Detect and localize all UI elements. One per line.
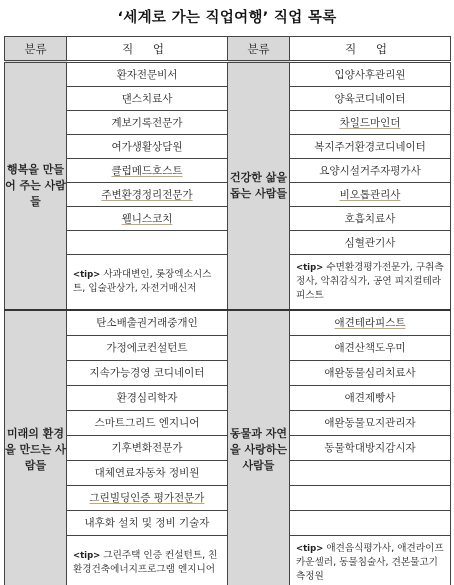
job-cell: 애견테라피스트 bbox=[290, 310, 451, 336]
tip-label: <tip> bbox=[73, 551, 100, 561]
job-cell: 기후변화전문가 bbox=[67, 435, 228, 460]
header-row: 분류 직 업 분류 직 업 bbox=[5, 37, 451, 62]
category-cell: 건강한 삶을 돕는 사람들 bbox=[228, 62, 290, 310]
job-cell: 웰니스코치 bbox=[67, 207, 228, 231]
tip-label: <tip> bbox=[296, 263, 323, 273]
category-cell: 동물과 자연을 사랑하는 사람들 bbox=[228, 310, 290, 585]
header-job-right: 직 업 bbox=[290, 37, 451, 62]
tip-label: <tip> bbox=[296, 544, 323, 554]
table-row: 미래의 환경을 만드는 사람들 탄소배출권거래중개인 동물과 자연을 사랑하는 … bbox=[5, 310, 451, 336]
job-cell: 입양사후관리원 bbox=[290, 62, 451, 87]
tip-cell: <tip>애견음식평가사, 애견라이프카운셀러, 동물침술사, 견본물고기측정원 bbox=[290, 535, 451, 585]
job-cell: 가정에코컨설턴트 bbox=[67, 335, 228, 360]
job-cell bbox=[290, 510, 451, 535]
job-cell: 환자전문비서 bbox=[67, 62, 228, 87]
category-cell: 미래의 환경을 만드는 사람들 bbox=[5, 310, 67, 585]
tip-cell: <tip>수면환경평가전문가, 구취측정사, 악취감식가, 공연 피지컬테라피스… bbox=[290, 255, 451, 310]
job-list-table: 분류 직 업 분류 직 업 행복을 만들어 주는 사람들 환자전문비서 건강한 … bbox=[4, 36, 451, 585]
job-cell: 스마트그리드 엔지니어 bbox=[67, 410, 228, 435]
tip-label: <tip> bbox=[73, 270, 100, 280]
job-cell: 심혈관기사 bbox=[290, 231, 451, 255]
job-cell: 요양시설거주자평가사 bbox=[290, 159, 451, 183]
job-cell: 탄소배출권거래중개인 bbox=[67, 310, 228, 336]
job-cell: 주변환경정리전문가 bbox=[67, 183, 228, 207]
job-cell: 복지주거환경코디네이터 bbox=[290, 135, 451, 159]
job-cell: 차일드마인더 bbox=[290, 111, 451, 135]
job-cell: 애완동물묘지관리자 bbox=[290, 410, 451, 435]
job-cell: 애견산책도우미 bbox=[290, 335, 451, 360]
header-job-left: 직 업 bbox=[67, 37, 228, 62]
job-cell: 지속가능경영 코디네이터 bbox=[67, 360, 228, 385]
job-cell bbox=[290, 460, 451, 485]
header-category-right: 분류 bbox=[228, 37, 290, 62]
job-cell: 대체연료자동차 정비원 bbox=[67, 460, 228, 485]
category-cell: 행복을 만들어 주는 사람들 bbox=[5, 62, 67, 310]
job-cell: 애견제빵사 bbox=[290, 385, 451, 410]
job-cell: 여가생활상담원 bbox=[67, 135, 228, 159]
job-cell: 환경심리학자 bbox=[67, 385, 228, 410]
job-cell: 호흡치료사 bbox=[290, 207, 451, 231]
tip-cell: <tip>그린주택 인증 컨설턴트, 친환경건축에너지프로그램 엔지니어 bbox=[67, 535, 228, 585]
job-cell: 그린빌딩인증 평가전문가 bbox=[67, 485, 228, 510]
job-cell: 비오톱관리사 bbox=[290, 183, 451, 207]
header-category-left: 분류 bbox=[5, 37, 67, 62]
job-cell: 클럽메드호스트 bbox=[67, 159, 228, 183]
job-cell: 내후화 설치 및 정비 기술자 bbox=[67, 510, 228, 535]
page-title: ‘세계로 가는 직업여행’ 직업 목록 bbox=[0, 6, 454, 27]
job-cell: 계보기록전문가 bbox=[67, 111, 228, 135]
job-cell bbox=[290, 485, 451, 510]
job-cell: 양육코디네이터 bbox=[290, 87, 451, 111]
tip-cell: <tip>사과대변인, 롯장엑소시스트, 입술관상가, 자전거매신저 bbox=[67, 255, 228, 310]
job-cell: 댄스치료사 bbox=[67, 87, 228, 111]
job-cell bbox=[67, 231, 228, 255]
job-cell: 애완동물심리치료사 bbox=[290, 360, 451, 385]
table-row: 행복을 만들어 주는 사람들 환자전문비서 건강한 삶을 돕는 사람들 입양사후… bbox=[5, 62, 451, 87]
job-cell: 동물학대방지감시자 bbox=[290, 435, 451, 460]
